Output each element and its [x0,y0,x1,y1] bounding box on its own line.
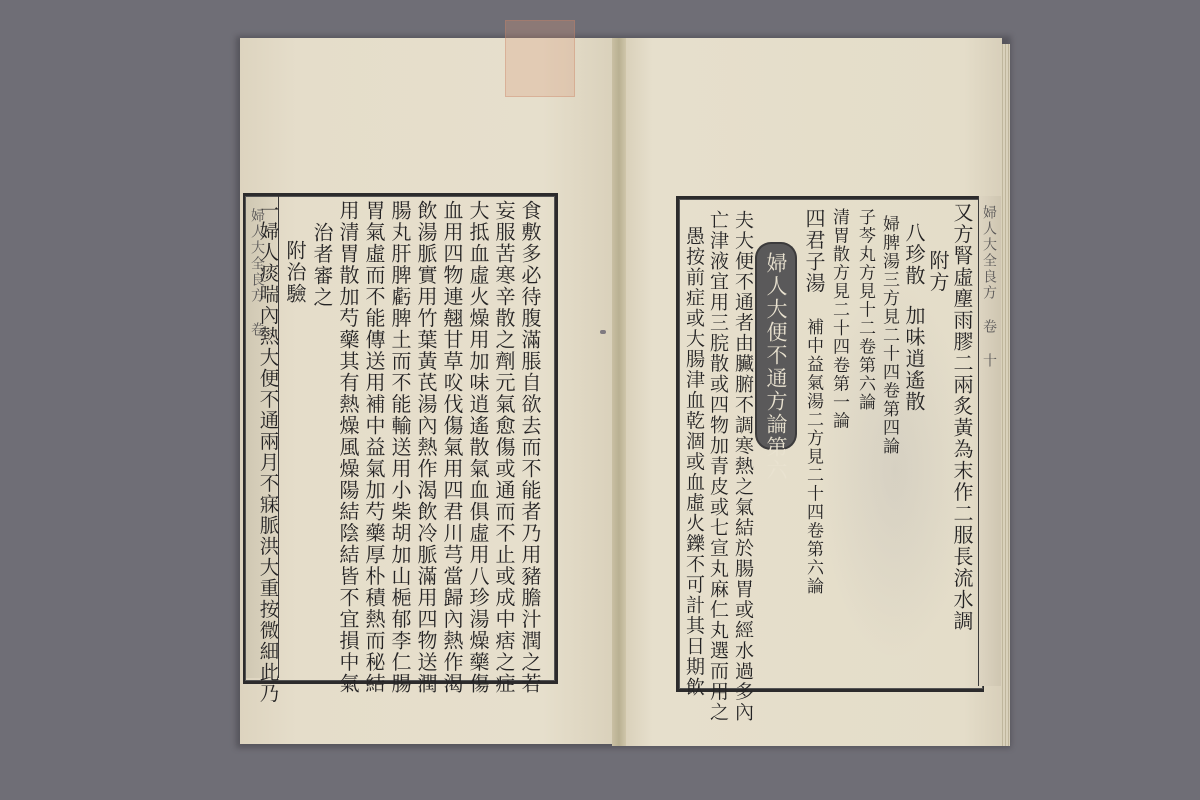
right-margin-title: 婦人大全良方 卷 十 [982,205,996,369]
left-text-column-9: 治者審之 [312,222,332,308]
left-text-column-1: 食敷多必待腹滿脹自欲去而不能者乃用豬膽汁潤之若 [520,200,540,695]
right-formula-sijunzi: 四君子湯 [804,208,824,294]
right-formula-ziqin: 子芩丸方見十二卷第六論 [856,208,873,412]
right-text-column-1: 又方腎虛塵雨膠二兩炙黃為末作二服長流水調 [952,202,972,632]
page-edge-stack [1000,44,1010,746]
right-text-column-10: 夫大便不通者由臟腑不調寒熱之氣結於腸胃或經水過多內 [733,210,752,723]
left-text-column-7: 胃氣虛而不能傳送用補中益氣加芍藥厚朴積熱而秘結 [364,200,384,695]
book-gutter [612,38,626,746]
section-title-cartouche: 婦人大便不通方論第六 [757,244,795,448]
paper-blemish [600,330,606,334]
right-formula-bazhen: 八珍散 [904,222,924,287]
left-text-column-6: 腸丸肝脾虧脾土而不能輸送用小柴胡加山梔郁李仁腸 [390,200,410,695]
right-heading-appended-formulas: 附方 [928,250,948,293]
right-formula-qingwei: 清胃散方見二十四卷第一論 [830,208,847,430]
right-formula-buzhong-yiqi: 補中益氣湯二方見二十四卷第六論 [804,318,821,596]
left-text-column-3: 大抵血虛火燥用加味逍遙散氣血俱虛用八珍湯燥藥傷 [468,200,488,695]
left-text-column-5: 飲湯脈實用竹葉黃芪湯內熱作渴飲冷脈滿用四物送潤 [416,200,436,695]
right-text-column-11: 亡津液宜用三脘散或四物加青皮或七宣丸麻仁丸選而用之 [708,210,727,723]
right-formula-jiawei-xiaoyao: 加味逍遙散 [904,305,924,413]
left-text-column-2: 妄服苦寒辛散之劑元氣愈傷或通而不止或成中痞之症 [494,200,514,695]
right-text-column-12: 愚按前症或大腸津血乾涸或血虛火鑠不可計其日期飲 [684,226,703,698]
section-title: 婦人大便不通方論第六 [757,244,794,490]
right-formula-guipi: 婦脾湯三方見二十四卷第四論 [880,215,897,456]
left-text-column-11: 一婦人痰喘內熱大便不通兩月不寐脈洪大重按微細此乃 [258,200,278,704]
left-text-column-4: 血用四物連翹甘草㕮伐傷氣用四君川芎當歸內熱作渴 [442,200,462,695]
library-seal [505,20,575,97]
left-text-column-8: 用清胃散加芍藥其有熱燥風燥陽結陰結皆不宜損中氣 [338,200,358,695]
left-text-heading-cases: 附治驗 [285,240,305,305]
